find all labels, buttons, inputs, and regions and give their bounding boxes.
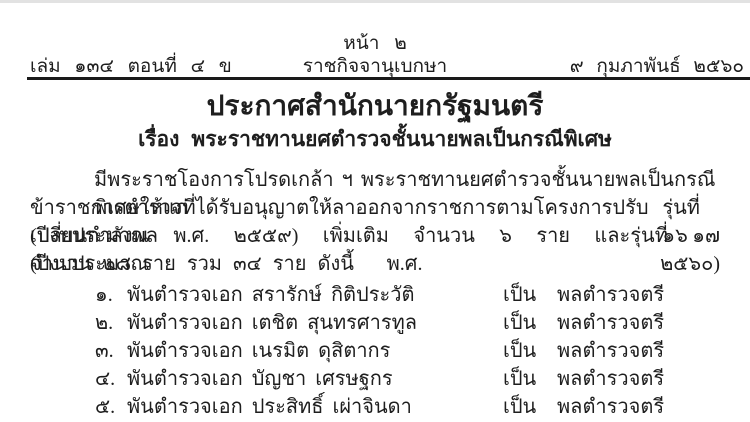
row-new-rank: พลตำรวจตรี <box>557 339 664 363</box>
row-new-rank: พลตำรวจตรี <box>557 367 664 391</box>
row-verb: เป็น <box>503 311 536 335</box>
row-verb: เป็น <box>503 395 536 419</box>
row-current-rank-and-name: พันตำรวจเอก สรารักษ์ กิติประวัติ <box>127 283 414 307</box>
row-current-rank-and-name: พันตำรวจเอก เนรมิต ดุสิตากร <box>127 339 390 363</box>
promotion-row: ๓. พันตำรวจเอก เนรมิต ดุสิตากร เป็น พลตำ… <box>0 339 750 363</box>
row-number: ๔. <box>95 367 115 391</box>
row-current-rank-and-name: พันตำรวจเอก บัญชา เศรษฐกร <box>127 367 393 391</box>
row-number: ๒. <box>95 311 113 335</box>
row-verb: เป็น <box>503 367 536 391</box>
promotion-row: ๔. พันตำรวจเอก บัญชา เศรษฐกร เป็น พลตำรว… <box>0 367 750 391</box>
row-new-rank: พลตำรวจตรี <box>557 311 664 335</box>
row-number: ๕. <box>95 395 115 419</box>
promotion-list: ๑. พันตำรวจเอก สรารักษ์ กิติประวัติ เป็น… <box>0 0 750 422</box>
row-verb: เป็น <box>503 283 536 307</box>
row-verb: เป็น <box>503 339 536 363</box>
promotion-row: ๕. พันตำรวจเอก ประสิทธิ์ เผ่าจินดา เป็น … <box>0 395 750 419</box>
row-number: ๑. <box>95 283 113 307</box>
row-current-rank-and-name: พันตำรวจเอก เตชิต สุนทรศารทูล <box>127 311 417 335</box>
row-new-rank: พลตำรวจตรี <box>557 283 664 307</box>
row-current-rank-and-name: พันตำรวจเอก ประสิทธิ์ เผ่าจินดา <box>127 395 412 419</box>
row-new-rank: พลตำรวจตรี <box>557 395 664 419</box>
promotion-row: ๒. พันตำรวจเอก เตชิต สุนทรศารทูล เป็น พล… <box>0 311 750 335</box>
promotion-row: ๑. พันตำรวจเอก สรารักษ์ กิติประวัติ เป็น… <box>0 283 750 307</box>
row-number: ๓. <box>95 339 114 363</box>
gazette-page: หน้า ๒ ราชกิจจานุเบกษา เล่ม ๑๓๔ ตอนที่ ๔… <box>0 0 750 422</box>
